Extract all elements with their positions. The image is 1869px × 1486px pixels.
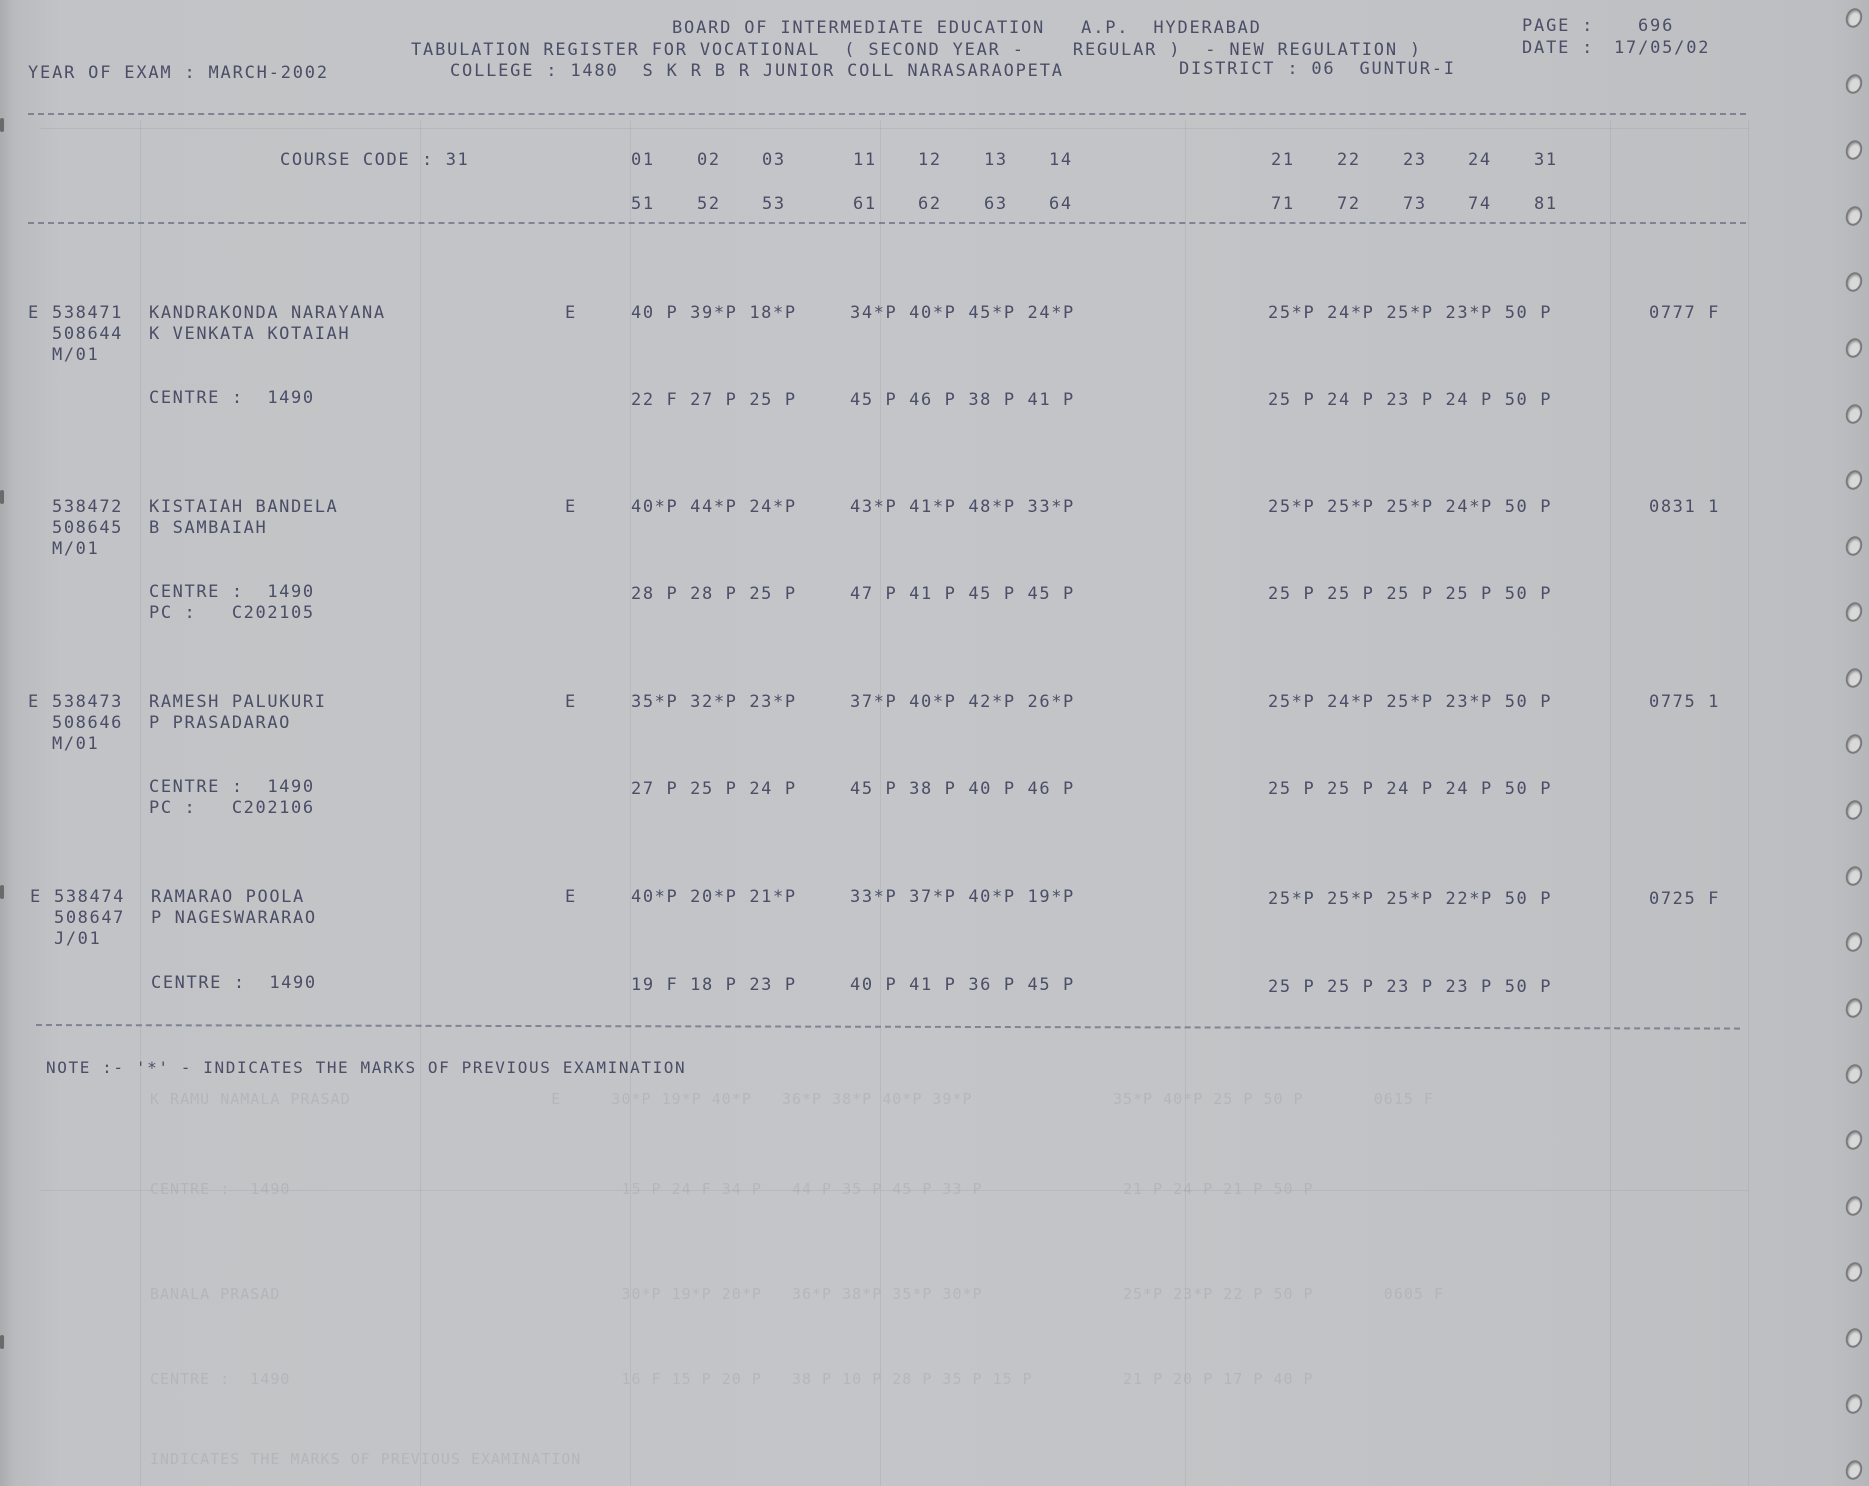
hall-ticket-number: 538472 [52, 497, 123, 517]
page-label: PAGE : [1522, 16, 1594, 36]
subject-code: 71 [1271, 194, 1295, 214]
footnote: NOTE :- '*' - INDICATES THE MARKS OF PRE… [46, 1058, 686, 1078]
sprocket-hole-icon [1843, 204, 1865, 228]
subject-code: 52 [697, 194, 721, 214]
marks-group-3: 25 P 24 P 23 P 24 P 50 P [1268, 390, 1552, 410]
candidate-name: RAMESH PALUKURI [149, 692, 327, 712]
marks-group-1: 40 P 39*P 18*P [631, 303, 797, 323]
father-name: K VENKATA KOTAIAH [149, 324, 350, 344]
result-total: 0831 1 [1649, 497, 1720, 517]
marks-group-1: 40*P 44*P 24*P [631, 497, 797, 517]
subject-code: 53 [762, 194, 786, 214]
marks-group-3: 25 P 25 P 25 P 25 P 50 P [1268, 584, 1552, 604]
centre: CENTRE : 1490 [149, 388, 315, 408]
subject-code: 81 [1534, 194, 1558, 214]
subject-code: 02 [697, 150, 721, 170]
sprocket-hole-icon [1843, 270, 1865, 294]
sprocket-hole-icon [1843, 1326, 1865, 1350]
subject-code: 11 [853, 150, 877, 170]
marks-group-1: 35*P 32*P 23*P [631, 692, 797, 712]
father-name: P NAGESWARARAO [151, 908, 317, 928]
marks-group-1: 28 P 28 P 25 P [631, 584, 797, 604]
sprocket-hole-icon [1843, 1392, 1865, 1416]
hall-ticket-number: 538471 [52, 303, 123, 323]
result-total: 0725 F [1649, 889, 1720, 909]
year-of-exam: YEAR OF EXAM : MARCH-2002 [28, 63, 329, 83]
medium: E [565, 692, 577, 712]
marks-group-3: 25*P 24*P 25*P 23*P 50 P [1268, 303, 1552, 323]
ghost-form-line [1748, 120, 1749, 1486]
sprocket-hole-icon [1843, 930, 1865, 954]
subject-code: 51 [631, 194, 655, 214]
medium: E [565, 497, 577, 517]
marks-group-3: 25*P 24*P 25*P 23*P 50 P [1268, 692, 1552, 712]
pc-code: PC : C202106 [149, 798, 315, 818]
college-info: COLLEGE : 1480 S K R B R JUNIOR COLL NAR… [450, 61, 1064, 81]
sprocket-hole-icon [1843, 468, 1865, 492]
tabulation-register-page: BOARD OF INTERMEDIATE EDUCATION A.P. HYD… [0, 0, 1869, 1486]
sprocket-hole-icon [1843, 534, 1865, 558]
subject-code: 61 [853, 194, 877, 214]
ghost-form-line [40, 128, 1749, 129]
edge-tear-mark [0, 1335, 4, 1349]
ghost-form-line [420, 120, 421, 1486]
record-prefix: E [30, 887, 42, 907]
district-info: DISTRICT : 06 GUNTUR-I [1179, 59, 1456, 79]
sprocket-hole-icon [1843, 6, 1865, 30]
registration-number: 508644 [52, 324, 123, 344]
header-divider [28, 113, 1746, 115]
sprocket-hole-icon [1843, 336, 1865, 360]
father-name: P PRASADARAO [149, 713, 291, 733]
ghost-text: BANALA PRASAD 30*P 19*P 20*P 36*P 38*P 3… [150, 1285, 1444, 1303]
sprocket-hole-icon [1843, 864, 1865, 888]
column-header-divider [28, 222, 1746, 224]
candidate-name: RAMARAO POOLA [151, 887, 305, 907]
ghost-form-line [880, 120, 881, 1486]
candidate-name: KISTAIAH BANDELA [149, 497, 338, 517]
ghost-form-line [1610, 120, 1611, 1486]
subject-code: 31 [1534, 150, 1558, 170]
sprocket-hole-icon [1843, 138, 1865, 162]
registration-number: 508646 [52, 713, 123, 733]
marks-group-1: 19 F 18 P 23 P [631, 975, 797, 995]
marks-group-3: 25*P 25*P 25*P 24*P 50 P [1268, 497, 1552, 517]
course-code: COURSE CODE : 31 [280, 150, 469, 170]
hall-ticket-number: 538473 [52, 692, 123, 712]
subject-code: 21 [1271, 150, 1295, 170]
subject-code: 64 [1049, 194, 1073, 214]
marks-group-1: 22 F 27 P 25 P [631, 390, 797, 410]
marks-group-2: 33*P 37*P 40*P 19*P [850, 887, 1075, 907]
marks-group-1: 40*P 20*P 21*P [631, 887, 797, 907]
sprocket-hole-icon [1843, 1194, 1865, 1218]
subject-code: 22 [1337, 150, 1361, 170]
subject-code: 14 [1049, 150, 1073, 170]
page-number: 696 [1638, 16, 1674, 36]
sprocket-hole-icon [1843, 732, 1865, 756]
edge-tear-mark [0, 885, 4, 899]
subject-code: 12 [918, 150, 942, 170]
ghost-text: INDICATES THE MARKS OF PREVIOUS EXAMINAT… [150, 1450, 581, 1468]
sprocket-hole-icon [1843, 798, 1865, 822]
marks-group-3: 25 P 25 P 24 P 24 P 50 P [1268, 779, 1552, 799]
subject-code: 13 [984, 150, 1008, 170]
medium: E [565, 303, 577, 323]
marks-group-2: 45 P 46 P 38 P 41 P [850, 390, 1075, 410]
medium: E [565, 887, 577, 907]
edge-tear-mark [0, 490, 4, 504]
sprocket-hole-icon [1843, 996, 1865, 1020]
marks-group-2: 45 P 38 P 40 P 46 P [850, 779, 1075, 799]
subject-code: 01 [631, 150, 655, 170]
marks-group-3: 25*P 25*P 25*P 22*P 50 P [1268, 889, 1552, 909]
result-total: 0775 1 [1649, 692, 1720, 712]
candidate-name: KANDRAKONDA NARAYANA [149, 303, 386, 323]
registration-number: 508647 [54, 908, 125, 928]
marks-group-2: 34*P 40*P 45*P 24*P [850, 303, 1075, 323]
date-value: 17/05/02 [1614, 38, 1710, 58]
date-label: DATE : [1522, 38, 1594, 58]
ghost-text: CENTRE : 1490 16 F 15 P 20 P 38 P 10 P 2… [150, 1370, 1314, 1388]
marks-group-2: 37*P 40*P 42*P 26*P [850, 692, 1075, 712]
ghost-text: K RAMU NAMALA PRASAD E 30*P 19*P 40*P 36… [150, 1090, 1434, 1108]
subject-code: 23 [1403, 150, 1427, 170]
sprocket-hole-icon [1843, 666, 1865, 690]
subject-code: 73 [1403, 194, 1427, 214]
centre: CENTRE : 1490 [149, 582, 315, 602]
sprocket-hole-icon [1843, 1458, 1865, 1482]
month-year: J/01 [54, 929, 101, 949]
month-year: M/01 [52, 734, 99, 754]
subject-code: 03 [762, 150, 786, 170]
marks-group-2: 40 P 41 P 36 P 45 P [850, 975, 1075, 995]
sprocket-hole-icon [1843, 72, 1865, 96]
result-total: 0777 F [1649, 303, 1720, 323]
record-prefix: E [28, 692, 40, 712]
record-prefix: E [28, 303, 40, 323]
ghost-form-line [1185, 120, 1186, 1486]
subject-code: 72 [1337, 194, 1361, 214]
sprocket-hole-icon [1843, 600, 1865, 624]
centre: CENTRE : 1490 [151, 973, 317, 993]
month-year: M/01 [52, 345, 99, 365]
registration-number: 508645 [52, 518, 123, 538]
subject-code: 74 [1468, 194, 1492, 214]
sprocket-hole-icon [1843, 1062, 1865, 1086]
ghost-form-line [140, 120, 141, 1486]
sprocket-hole-icon [1843, 1128, 1865, 1152]
hall-ticket-number: 538474 [54, 887, 125, 907]
board-title: BOARD OF INTERMEDIATE EDUCATION A.P. HYD… [672, 18, 1262, 38]
marks-group-3: 25 P 25 P 23 P 23 P 50 P [1268, 977, 1552, 997]
marks-group-2: 43*P 41*P 48*P 33*P [850, 497, 1075, 517]
sprocket-hole-icon [1843, 402, 1865, 426]
month-year: M/01 [52, 539, 99, 559]
pc-code: PC : C202105 [149, 603, 315, 623]
ghost-form-line [630, 120, 631, 1486]
centre: CENTRE : 1490 [149, 777, 315, 797]
sprocket-hole-icon [1843, 1260, 1865, 1284]
marks-group-2: 47 P 41 P 45 P 45 P [850, 584, 1075, 604]
ghost-text: CENTRE : 1490 15 P 24 F 34 P 44 P 35 P 4… [150, 1180, 1314, 1198]
edge-tear-mark [0, 118, 4, 132]
marks-group-1: 27 P 25 P 24 P [631, 779, 797, 799]
footer-divider [36, 1024, 1740, 1030]
subject-code: 24 [1468, 150, 1492, 170]
subject-code: 62 [918, 194, 942, 214]
subject-code: 63 [984, 194, 1008, 214]
register-title: TABULATION REGISTER FOR VOCATIONAL ( SEC… [411, 40, 1422, 60]
father-name: B SAMBAIAH [149, 518, 267, 538]
